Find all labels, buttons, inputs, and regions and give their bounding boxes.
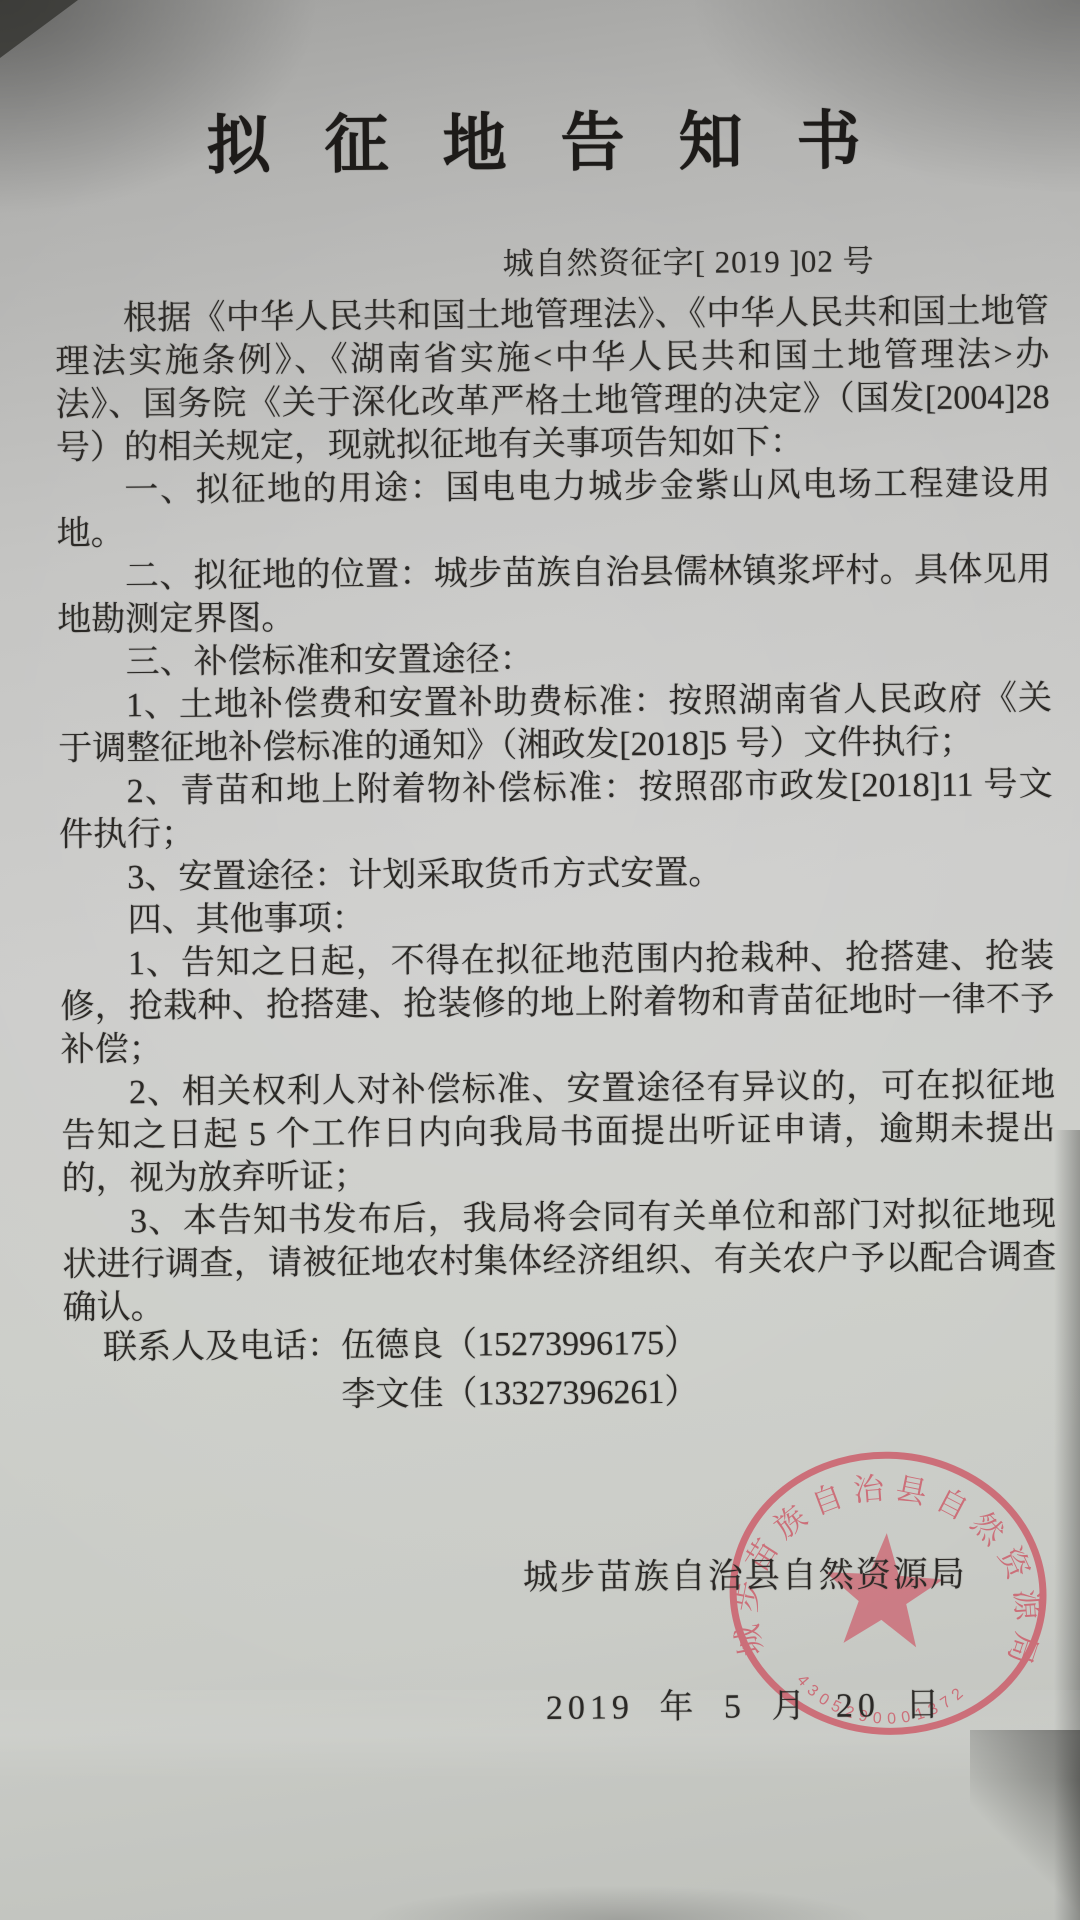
body-paragraph: 1、土地补偿费和安置补助费标准：按照湖南省人民政府《关于调整征地补偿标准的通知》… [58,677,1053,771]
issue-date: 2019 年 5 月 20 日 [546,1677,945,1729]
body-paragraph: 3、本告知书发布后，我局将会同有关单位和部门对拟征地现状进行调查，请被征地农村集… [62,1193,1057,1330]
document-body: 根据《中华人民共和国土地管理法》、《中华人民共和国土地管理法实施条例》、《湖南省… [55,290,1057,1330]
page-title: 拟征地告知书 [0,88,1074,188]
body-paragraph: 二、拟征地的位置：城步苗族自治县儒林镇浆坪村。具体见用地勘测定界图。 [57,548,1052,642]
issuer-name: 城步苗族自治县自然资源局 [523,1547,967,1600]
body-paragraph: 一、拟征地的用途：国电电力城步金紫山风电场工程建设用地。 [56,462,1051,556]
document-photo: 拟征地告知书 城自然资征字[ 2019 ]02 号 根据《中华人民共和国土地管理… [0,0,1080,1920]
contact-block: 联系人及电话：伍德良（15273996175） 李文佳（13327396261） [103,1319,699,1422]
body-paragraph: 2、相关权利人对补偿标准、安置途径有异议的，可在拟征地告知之日起 5 个工作日内… [61,1064,1056,1201]
body-paragraph: 2、青苗和地上附着物补偿标准：按照邵市政发[2018]11 号文件执行； [58,763,1053,857]
document-content: 拟征地告知书 城自然资征字[ 2019 ]02 号 根据《中华人民共和国土地管理… [0,0,1080,1920]
body-paragraph: 1、告知之日起，不得在拟征地范围内抢栽种、抢搭建、抢装修，抢栽种、抢搭建、抢装修… [60,935,1055,1072]
contact-line-2: 李文佳（13327396261） [103,1368,698,1422]
contact-line-1: 联系人及电话：伍德良（15273996175） [103,1319,698,1373]
doc-number: 城自然资征字[ 2019 ]02 号 [502,235,874,283]
body-paragraph: 根据《中华人民共和国土地管理法》、《中华人民共和国土地管理法实施条例》、《湖南省… [55,290,1050,470]
